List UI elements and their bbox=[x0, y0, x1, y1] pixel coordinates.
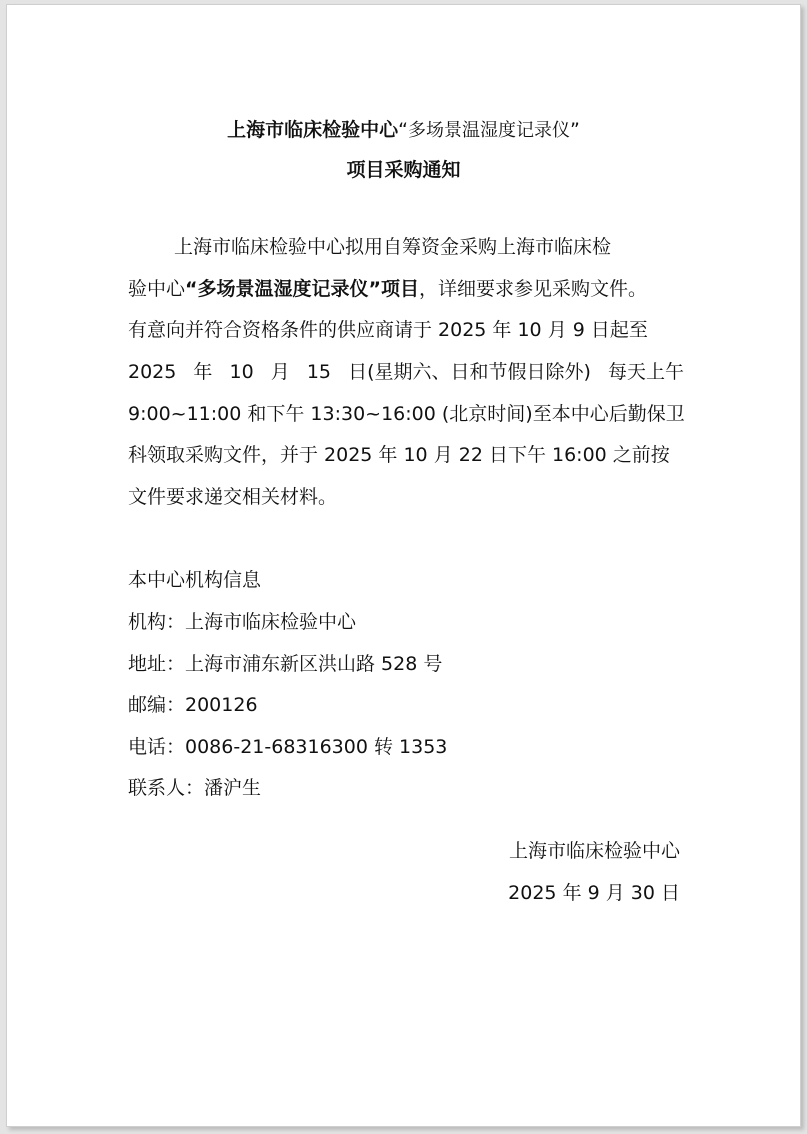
body-line-4-part: 年 bbox=[193, 360, 212, 384]
body-line-4-part: 每天上午 bbox=[608, 360, 684, 384]
title-org: 上海市临床检验中心 bbox=[227, 119, 398, 141]
body-line-2-prefix: 验中心 bbox=[128, 278, 185, 300]
title-project-name: 多场景温湿度记录仪 bbox=[408, 120, 570, 141]
body-line-2: 验中心“多场景温湿度记录仪”项目，详细要求参见采购文件。 bbox=[128, 277, 647, 301]
document-title-line1: 上海市临床检验中心“多场景温湿度记录仪” bbox=[7, 115, 800, 142]
org-info-address: 地址：上海市浦东新区洪山路 528 号 bbox=[128, 652, 442, 676]
org-info-institution: 机构：上海市临床检验中心 bbox=[128, 610, 356, 634]
title-quote-close: ” bbox=[570, 119, 580, 141]
body-line-2-project: “多场景温湿度记录仪”项目 bbox=[185, 278, 419, 300]
body-line-4-part: 2025 bbox=[128, 360, 176, 384]
org-info-phone: 电话：0086-21-68316300 转 1353 bbox=[128, 735, 447, 759]
body-line-4-part: 10 bbox=[230, 360, 254, 384]
body-line-3: 有意向并符合资格条件的供应商请于 2025 年 10 月 9 日起至 bbox=[128, 318, 648, 342]
signature-org: 上海市临床检验中心 bbox=[509, 839, 680, 863]
body-line-6: 科领取采购文件，并于 2025 年 10 月 22 日下午 16:00 之前按 bbox=[128, 443, 670, 467]
org-info-heading: 本中心机构信息 bbox=[128, 568, 261, 592]
body-line-4-part: 15 bbox=[307, 360, 331, 384]
document-page: 上海市临床检验中心“多场景温湿度记录仪” 项目采购通知 上海市临床检验中心拟用自… bbox=[6, 4, 801, 1127]
org-info-contact: 联系人：潘沪生 bbox=[128, 776, 261, 800]
org-info-postcode: 邮编：200126 bbox=[128, 693, 258, 717]
body-line-7: 文件要求递交相关材料。 bbox=[128, 485, 337, 509]
body-line-4-part: 日(星期六、日和节假日除外) bbox=[348, 360, 591, 384]
document-title-line2: 项目采购通知 bbox=[7, 155, 800, 182]
body-line-4: 2025 年 10 月 15 日(星期六、日和节假日除外) 每天上午 bbox=[128, 360, 684, 384]
body-line-4-part: 月 bbox=[271, 360, 290, 384]
body-line-5: 9:00~11:00 和下午 13:30~16:00 (北京时间)至本中心后勤保… bbox=[128, 402, 685, 426]
signature-date: 2025 年 9 月 30 日 bbox=[508, 881, 680, 905]
body-line-2-suffix: ，详细要求参见采购文件。 bbox=[419, 278, 647, 300]
body-line-1: 上海市临床检验中心拟用自筹资金采购上海市临床检 bbox=[174, 235, 611, 259]
title-quote-open: “ bbox=[398, 119, 408, 141]
